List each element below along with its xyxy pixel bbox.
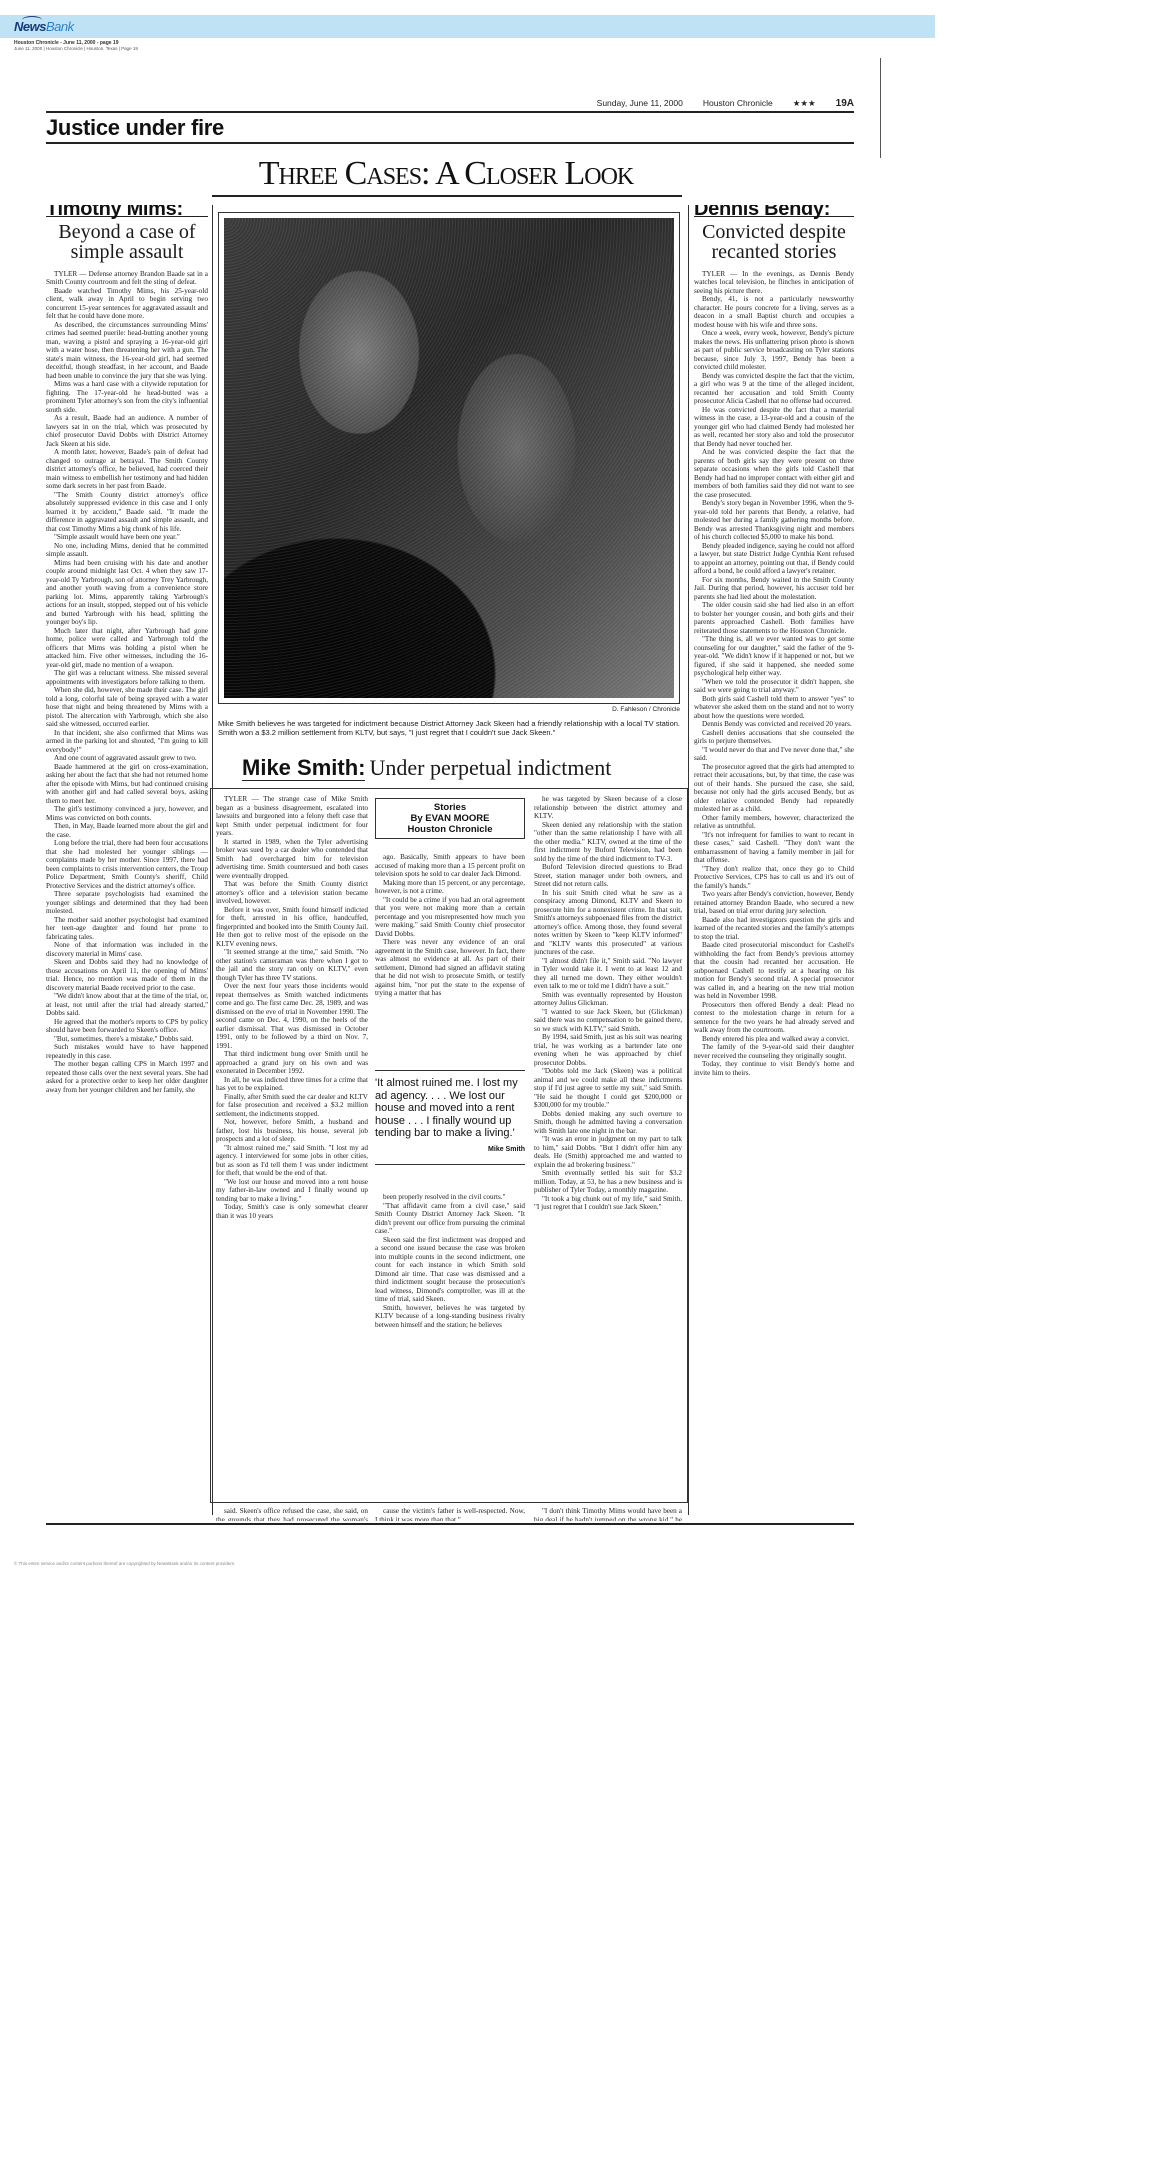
mims-body: TYLER — Defense attorney Brandon Baade s…: [46, 270, 208, 1095]
paragraph: When she did, however, she made their ca…: [46, 686, 208, 729]
paragraph: Prosecutors then offered Bendy a deal: P…: [694, 1001, 854, 1035]
main-headline: Three Cases: A Closer Look: [206, 155, 686, 193]
bendy-article: Dennis Bendy: Convicted despite recanted…: [694, 205, 854, 1515]
paragraph: Not, however, before Smith, a husband an…: [216, 1118, 368, 1144]
mims-deck: Beyond a case of simple assault: [46, 222, 208, 262]
divider: [212, 195, 682, 197]
paragraph: For six months, Bendy waited in the Smit…: [694, 576, 854, 602]
paragraph: Skeen and Dobbs said they had no knowled…: [46, 958, 208, 992]
paragraph: Making more than 15 percent, or any perc…: [375, 879, 525, 896]
paragraph: "The Smith County district attorney's of…: [46, 491, 208, 534]
edition-stars: ★★★: [793, 98, 816, 109]
paragraph: A month later, however, Baade's pain of …: [46, 448, 208, 491]
paragraph: Over the next four years those incidents…: [216, 982, 368, 1050]
paragraph: Then, in May, Baade learned more about t…: [46, 822, 208, 839]
byline-paper: Houston Chronicle: [376, 824, 524, 835]
paragraph: The older cousin said she had lied also …: [694, 601, 854, 635]
paragraph: Bendy pleaded indigence, saying he could…: [694, 542, 854, 576]
paragraph: Today, they continue to visit Bendy's ho…: [694, 1060, 854, 1077]
mims-continued-2: cause the victim's father is well-respec…: [375, 1507, 525, 1521]
paragraph: He was convicted despite the fact that a…: [694, 406, 854, 449]
byline-author: By EVAN MOORE: [376, 813, 524, 824]
paragraph: Dobbs denied making any such overture to…: [534, 1110, 682, 1136]
paragraph: Smith eventually settled his suit for $3…: [534, 1169, 682, 1195]
paragraph: "It was an error in judgment on my part …: [534, 1135, 682, 1169]
paragraph: Two years after Bendy's conviction, howe…: [694, 890, 854, 916]
paragraph: "I would never do that and I've never do…: [694, 746, 854, 763]
paragraph: Long before the trial, there had been fo…: [46, 839, 208, 890]
paragraph: "Simple assault would have been one year…: [46, 533, 208, 542]
paragraph: Dennis Bendy was convicted and received …: [694, 720, 854, 729]
paragraph: Skeen said the first indictment was drop…: [375, 1236, 525, 1304]
smith-name: Mike Smith:: [242, 755, 365, 781]
paragraph: The girl was a reluctant witness. She mi…: [46, 669, 208, 686]
paragraph: That was before the Smith County distric…: [216, 880, 368, 906]
paragraph: said. Skeen's office refused the case, s…: [216, 1507, 368, 1521]
section-heading: Justice under fire: [46, 115, 224, 141]
bendy-body: TYLER — In the evenings, as Dennis Bendy…: [694, 270, 854, 1078]
paragraph: "I almost didn't file it," Smith said. "…: [534, 957, 682, 991]
paragraph: "It's not infrequent for families to wan…: [694, 831, 854, 865]
paragraph: The mother began calling CPS in March 19…: [46, 1060, 208, 1094]
paragraph: Much later that night, after Yarbrough h…: [46, 627, 208, 670]
paragraph: He agreed that the mother's reports to C…: [46, 1018, 208, 1035]
paragraph: "The thing is, all we ever wanted was to…: [694, 635, 854, 678]
paragraph: No one, including Mims, denied that he c…: [46, 542, 208, 559]
paragraph: By 1994, said Smith, just as his suit wa…: [534, 1033, 682, 1067]
page-date: Sunday, June 11, 2000: [597, 98, 683, 108]
smith-col-2b: been properly resolved in the civil cour…: [375, 1193, 525, 1497]
paragraph: Mims had been cruising with his date and…: [46, 559, 208, 627]
photo-frame: [218, 212, 680, 704]
paragraph: The mother said another psychologist had…: [46, 916, 208, 942]
paragraph: cause the victim's father is well-respec…: [375, 1507, 525, 1521]
smith-deck: Under perpetual indictment: [369, 755, 611, 780]
paragraph: "That affidavit came from a civil case,"…: [375, 1202, 525, 1236]
bendy-name: Dennis Bendy:: [694, 205, 854, 217]
paragraph: TYLER — The strange case of Mike Smith b…: [216, 795, 368, 838]
paragraph: Bendy was convicted despite the fact tha…: [694, 372, 854, 406]
paragraph: Both girls said Cashell told them to ans…: [694, 695, 854, 721]
paragraph: In all, he was indicted three times for …: [216, 1076, 368, 1093]
paragraph: he was targeted by Skeen because of a cl…: [534, 795, 682, 821]
mims-name: Timothy Mims:: [46, 205, 208, 217]
paragraph: "When we told the prosecutor it didn't h…: [694, 678, 854, 695]
paper-name: Houston Chronicle: [703, 98, 773, 108]
pull-quote-attribution: Mike Smith: [375, 1144, 525, 1157]
paragraph: And he was convicted despite the fact th…: [694, 448, 854, 499]
paragraph: In his suit Smith cited what he saw as a…: [534, 889, 682, 957]
paragraph: "We didn't know about that at the time o…: [46, 992, 208, 1018]
paragraph: Smith, however, believes he was targeted…: [375, 1304, 525, 1330]
paragraph: Baade watched Timothy Mims, his 25-year-…: [46, 287, 208, 321]
divider: [375, 1164, 525, 1165]
divider: [46, 1523, 854, 1525]
mike-smith-photo[interactable]: [224, 218, 674, 698]
paragraph: Before it was over, Smith found himself …: [216, 906, 368, 949]
photo-credit: D. Fahleson / Chronicle: [218, 706, 680, 713]
paragraph: And one count of aggravated assault grew…: [46, 754, 208, 763]
paragraph: There was never any evidence of an oral …: [375, 938, 525, 998]
smith-col-1: TYLER — The strange case of Mike Smith b…: [216, 795, 368, 1497]
column-rule: [688, 205, 689, 1515]
paragraph: Such mistakes would have to have happene…: [46, 1043, 208, 1060]
mims-article: Timothy Mims: Beyond a case of simple as…: [46, 205, 208, 1515]
newspaper-page: Sunday, June 11, 2000 Houston Chronicle …: [46, 95, 854, 1525]
paragraph: Baade cited prosecutorial misconduct for…: [694, 941, 854, 1001]
paragraph: Other family members, however, character…: [694, 814, 854, 831]
paragraph: "They don't realize that, once they go t…: [694, 865, 854, 891]
paragraph: None of that information was included in…: [46, 941, 208, 958]
paragraph: It started in 1989, when the Tyler adver…: [216, 838, 368, 881]
paragraph: TYLER — Defense attorney Brandon Baade s…: [46, 270, 208, 287]
divider: [46, 111, 854, 113]
bendy-deck: Convicted despite recanted stories: [694, 222, 854, 262]
paragraph: "It could be a crime if you had an oral …: [375, 896, 525, 939]
paragraph: Finally, after Smith sued the car dealer…: [216, 1093, 368, 1119]
paragraph: "But, sometimes, there's a mistake," Dob…: [46, 1035, 208, 1044]
paragraph: "It seemed strange at the time," said Sm…: [216, 948, 368, 982]
page-number: 19A: [836, 98, 854, 109]
paragraph: Buford Television directed questions to …: [534, 863, 682, 889]
paragraph: Cashell denies accusations that she coun…: [694, 729, 854, 746]
paragraph: Bendy, 41, is not a particularly newswor…: [694, 295, 854, 329]
paragraph: Today, Smith's case is only somewhat cle…: [216, 1203, 368, 1220]
paragraph: The girl's testimony convinced a jury, h…: [46, 805, 208, 822]
page-dateline: Sunday, June 11, 2000 Houston Chronicle …: [597, 98, 854, 109]
byline-label: Stories: [376, 802, 524, 813]
paragraph: The family of the 9-year-old said their …: [694, 1043, 854, 1060]
paragraph: Bendy's story began in November 1996, wh…: [694, 499, 854, 542]
pull-quote-text: 'It almost ruined me. I lost my ad agenc…: [375, 1077, 525, 1140]
copyright-notice: © This entire service and/or content por…: [14, 1561, 235, 1566]
mims-continued-1: said. Skeen's office refused the case, s…: [216, 1507, 368, 1521]
paragraph: Baade also had investigators question th…: [694, 916, 854, 942]
paragraph: That third indictment hung over Smith un…: [216, 1050, 368, 1076]
paragraph: TYLER — In the evenings, as Dennis Bendy…: [694, 270, 854, 296]
paragraph: In that incident, she also confirmed tha…: [46, 729, 208, 755]
paragraph: Three separate psychologists had examine…: [46, 890, 208, 916]
photo-caption: Mike Smith believes he was targeted for …: [218, 719, 680, 737]
paragraph: The prosecutor agreed that the girls had…: [694, 763, 854, 814]
smith-heading: Mike Smith:Under perpetual indictment: [242, 755, 611, 781]
logo-arc-icon: [22, 16, 42, 24]
paragraph: "We lost our house and moved into a rent…: [216, 1178, 368, 1204]
divider: [46, 142, 854, 144]
paragraph: Smith was eventually represented by Hous…: [534, 991, 682, 1008]
pull-quote: 'It almost ruined me. I lost my ad agenc…: [375, 1070, 525, 1165]
paragraph: "It almost ruined me," said Smith. "I lo…: [216, 1144, 368, 1178]
paragraph: ago. Basically, Smith appears to have be…: [375, 853, 525, 879]
byline-box: Stories By EVAN MOORE Houston Chronicle: [375, 798, 525, 839]
paragraph: Skeen denied any relationship with the s…: [534, 821, 682, 864]
paragraph: As described, the circumstances surround…: [46, 321, 208, 381]
document-metadata: June 11, 2000 | Houston Chronicle | Hous…: [14, 46, 138, 51]
paragraph: Once a week, every week, however, Bendy'…: [694, 329, 854, 372]
paragraph: "I don't think Timothy Mims would have b…: [534, 1507, 682, 1521]
divider: [375, 1070, 525, 1071]
mims-continued-3: "I don't think Timothy Mims would have b…: [534, 1507, 682, 1521]
paragraph: been properly resolved in the civil cour…: [375, 1193, 525, 1202]
paragraph: "I wanted to sue Jack Skeen, but (Glickm…: [534, 1008, 682, 1034]
paragraph: Baade hammered at the girl on cross-exam…: [46, 763, 208, 806]
page-edge-rule: [880, 58, 881, 158]
paragraph: "It took a big chunk out of my life," sa…: [534, 1195, 682, 1212]
paragraph: Bendy entered his plea and walked away a…: [694, 1035, 854, 1044]
smith-col-2: ago. Basically, Smith appears to have be…: [375, 853, 525, 1065]
smith-col-3: he was targeted by Skeen because of a cl…: [534, 795, 682, 1497]
newsbank-logo[interactable]: NewsBank: [14, 19, 74, 34]
newsbank-header-bar: NewsBank: [0, 15, 935, 38]
paragraph: As a result, Baade had an audience. A nu…: [46, 414, 208, 448]
paragraph: Mims was a hard case with a citywide rep…: [46, 380, 208, 414]
paragraph: "Dobbs told me Jack (Skeen) was a politi…: [534, 1067, 682, 1110]
